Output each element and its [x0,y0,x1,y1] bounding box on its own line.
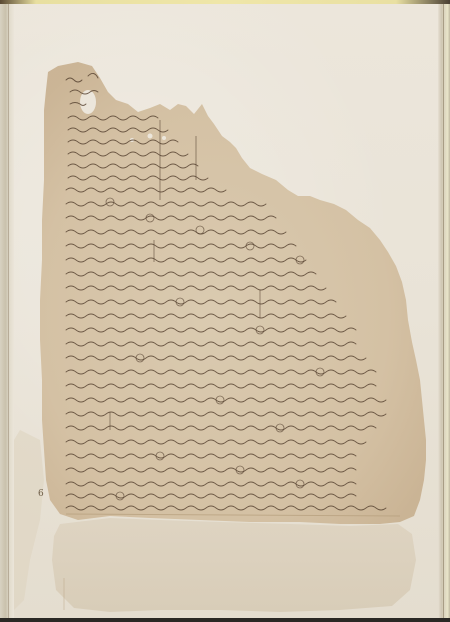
handwritten-text-block [0,0,450,622]
margin-numeral: 6 [38,489,44,499]
scan-bottom-border [0,618,450,622]
manuscript-scan: 6 [0,0,450,622]
